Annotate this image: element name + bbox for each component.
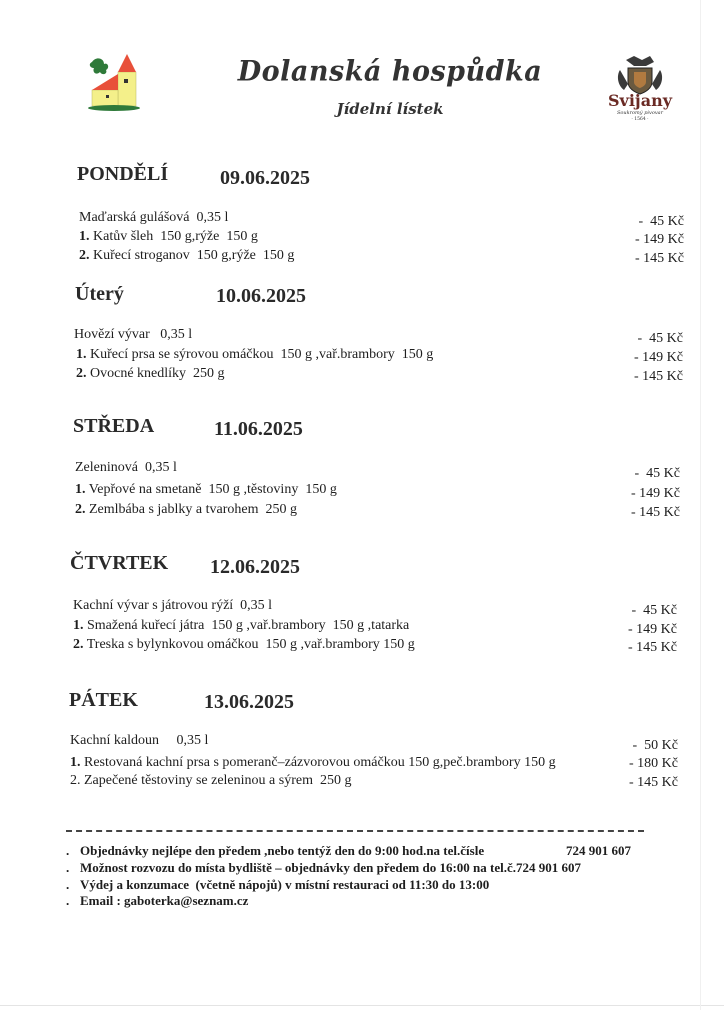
note-text: Objednávky nejlépe den předem ,nebo tent… (80, 843, 484, 858)
menu-item-soup: Zeleninová 0,35 l (75, 460, 177, 476)
day-date: 11.06.2025 (214, 418, 303, 441)
menu-item: 1. Vepřové na smetaně 150 g ,těstoviny 1… (75, 482, 337, 498)
note-text: Email : gaboterka@seznam.cz (80, 893, 248, 908)
item-text: Hovězí vývar 0,35 l (74, 327, 192, 342)
item-number: 2. (70, 773, 81, 788)
menu-item-soup: Maďarská gulášová 0,35 l (79, 210, 228, 226)
item-text: Zapečené těstoviny se zeleninou a sýrem … (84, 773, 351, 788)
item-text: Zemlbába s jablky a tvarohem 250 g (89, 502, 297, 517)
day-date: 09.06.2025 (220, 167, 310, 190)
bullet: . (66, 843, 80, 859)
item-price: - 149 Kč (597, 622, 677, 638)
note-text: Možnost rozvozu do místa bydliště – obje… (80, 860, 581, 875)
bullet: . (66, 860, 80, 876)
scan-page-edge (0, 1005, 724, 1006)
item-text: Ovocné knedlíky 250 g (90, 366, 225, 381)
item-price: - 45 Kč (597, 603, 677, 619)
item-text: Kuřecí stroganov 150 g,rýže 150 g (93, 248, 294, 263)
menu-item: 1. Kuřecí prsa se sýrovou omáčkou 150 g … (76, 347, 433, 363)
coat-of-arms-icon: Svijany Soukromý pivovar · 1564 · (590, 56, 690, 122)
menu-item: 2. Zapečené těstoviny se zeleninou a sýr… (70, 773, 351, 789)
menu-item: 2. Kuřecí stroganov 150 g,rýže 150 g (79, 248, 294, 264)
item-text: Restovaná kachní prsa s pomeranč–zázvoro… (84, 755, 556, 770)
item-price: - 149 Kč (603, 350, 683, 366)
day-name: PÁTEK (69, 689, 138, 712)
village-church-logo (84, 50, 142, 114)
item-text: Zeleninová 0,35 l (75, 460, 177, 475)
note-text: Výdej a konzumace (včetně nápojů) v míst… (80, 877, 489, 892)
item-price: - 145 Kč (598, 775, 678, 791)
item-price: - 145 Kč (603, 369, 683, 385)
brewery-year-text: · 1564 · (631, 116, 648, 122)
item-text: Kachní kaldoun 0,35 l (70, 733, 208, 748)
restaurant-name: Dolanská hospůdka (230, 55, 550, 88)
day-name: ČTVRTEK (70, 552, 168, 575)
item-price: - 145 Kč (597, 640, 677, 656)
item-text: Maďarská gulášová 0,35 l (79, 210, 228, 225)
item-number: 2. (79, 248, 90, 263)
item-price: - 45 Kč (604, 214, 684, 230)
menu-item: 1. Katův šleh 150 g,rýže 150 g (79, 229, 258, 245)
bullet: . (66, 893, 80, 909)
item-number: 2. (73, 637, 84, 652)
day-name: STŘEDA (73, 415, 154, 438)
church-icon (84, 50, 142, 114)
menu-item: 1. Smažená kuřecí játra 150 g ,vař.bramb… (73, 618, 409, 634)
phone-number: 724 901 607 (566, 843, 631, 859)
footer-note-pickup: .Výdej a konzumace (včetně nápojů) v mís… (66, 877, 489, 893)
bullet: . (66, 877, 80, 893)
item-text: Katův šleh 150 g,rýže 150 g (93, 229, 258, 244)
footer-note-delivery: .Možnost rozvozu do místa bydliště – obj… (66, 860, 581, 876)
brewery-tagline-text: Soukromý pivovar (617, 109, 664, 116)
day-date: 12.06.2025 (210, 556, 300, 579)
item-number: 1. (79, 229, 90, 244)
item-number: 1. (76, 347, 87, 362)
svijany-brewery-logo: Svijany Soukromý pivovar · 1564 · (590, 56, 690, 122)
item-number: 1. (75, 482, 86, 497)
item-number: 1. (73, 618, 84, 633)
item-price: - 145 Kč (600, 505, 680, 521)
menu-item: 2. Zemlbába s jablky a tvarohem 250 g (75, 502, 297, 518)
menu-item-soup: Kachní vývar s játrovou rýží 0,35 l (73, 598, 272, 614)
scan-page-edge-right (700, 0, 701, 1010)
menu-item-soup: Kachní kaldoun 0,35 l (70, 733, 208, 749)
footer-note-orders: .Objednávky nejlépe den předem ,nebo ten… (66, 843, 646, 859)
dashed-divider (66, 830, 644, 832)
item-price: - 149 Kč (604, 232, 684, 248)
day-date: 13.06.2025 (204, 691, 294, 714)
item-text: Kachní vývar s játrovou rýží 0,35 l (73, 598, 272, 613)
item-number: 2. (75, 502, 86, 517)
menu-item-soup: Hovězí vývar 0,35 l (74, 327, 192, 343)
item-number: 2. (76, 366, 87, 381)
item-text: Treska s bylynkovou omáčkou 150 g ,vař.b… (87, 637, 415, 652)
item-price: - 149 Kč (600, 486, 680, 502)
menu-item: 2. Treska s bylynkovou omáčkou 150 g ,va… (73, 637, 415, 653)
day-name: PONDĚLÍ (77, 163, 168, 186)
menu-subtitle: Jídelní lístek (260, 100, 520, 118)
item-text: Vepřové na smetaně 150 g ,těstoviny 150 … (89, 482, 337, 497)
menu-item: 2. Ovocné knedlíky 250 g (76, 366, 225, 382)
item-price: - 45 Kč (603, 331, 683, 347)
item-text: Smažená kuřecí játra 150 g ,vař.brambory… (87, 618, 409, 633)
item-price: - 180 Kč (598, 756, 678, 772)
item-number: 1. (70, 755, 81, 770)
menu-item: 1. Restovaná kachní prsa s pomeranč–zázv… (70, 755, 556, 771)
brewery-brand-text: Svijany (608, 91, 673, 110)
day-date: 10.06.2025 (216, 285, 306, 308)
item-text: Kuřecí prsa se sýrovou omáčkou 150 g ,va… (90, 347, 433, 362)
footer-note-email: .Email : gaboterka@seznam.cz (66, 893, 248, 909)
item-price: - 45 Kč (600, 466, 680, 482)
day-name: Úterý (75, 283, 124, 306)
item-price: - 50 Kč (598, 738, 678, 754)
item-price: - 145 Kč (604, 251, 684, 267)
